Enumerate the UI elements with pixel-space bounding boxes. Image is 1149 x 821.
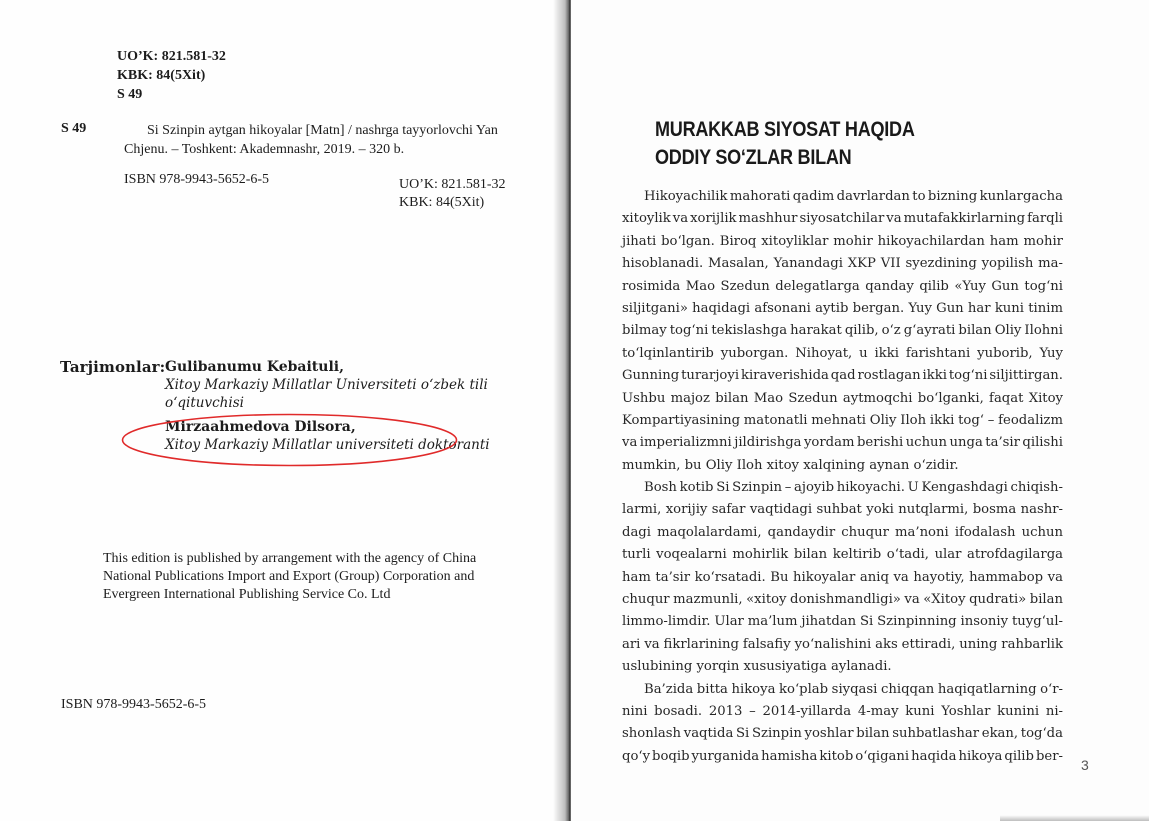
author-mark: S 49 xyxy=(117,85,226,104)
body-text-line: jihati bo‘lgan. Biroq xitoyliklar mohir … xyxy=(622,231,1063,253)
body-text-line: nini bosadi. 2013 – 2014-yillarda 4-may … xyxy=(622,701,1063,723)
catalog-udk: UO’K: 821.581-32 xyxy=(399,176,506,194)
catalog-bbk: KBK: 84(5Xit) xyxy=(399,194,506,212)
body-text-line: xitoylik va xorijlik mashhur siyosatchil… xyxy=(622,208,1063,230)
translator-name: Mirzaahmedova Dilsora, xyxy=(165,418,490,436)
translators-label: Tarjimonlar: xyxy=(60,358,165,376)
body-text-line: Hikoyachilik mahorati qadim davrlardan t… xyxy=(622,186,1063,208)
catalog-codes-right: UO’K: 821.581-32 KBK: 84(5Xit) xyxy=(399,176,506,212)
body-text-line: shonlash vaqtida Si Szinpin yoshlar bila… xyxy=(622,723,1063,745)
arrangement-note: This edition is published by arrangement… xyxy=(103,550,513,604)
bbk-code: KBK: 84(5Xit) xyxy=(117,66,226,85)
catalog-code: S 49 xyxy=(61,121,86,137)
body-text-line: to‘lqinlantirib yuborgan. Nihoyat, u ikk… xyxy=(622,343,1063,365)
chapter-title-line: MURAKKAB SIYOSAT HAQIDA xyxy=(655,116,915,144)
translator-affiliation: Xitoy Markaziy Millatlar Universiteti o‘… xyxy=(165,376,488,394)
isbn-bottom: ISBN 978-9943-5652-6-5 xyxy=(61,697,206,713)
body-text-line: mumkin, bu Oliy Iloh xitoy xalqining ayn… xyxy=(622,455,1063,477)
catalog-isbn: ISBN 978-9943-5652-6-5 xyxy=(124,172,269,188)
body-text-line: hisoblanadi. Masalan, Yanandagi XKP VII … xyxy=(622,253,1063,275)
body-text-line: Kompartiyasining matonatli mehnati Oliy … xyxy=(622,410,1063,432)
body-text-line: bilmay tog‘ni tekislashga harakat qilib,… xyxy=(622,320,1063,342)
chapter-title: MURAKKAB SIYOSAT HAQIDA ODDIY SO‘ZLAR BI… xyxy=(655,116,915,172)
body-text-line: turli voqealarni mohirlik bilan keltirib… xyxy=(622,544,1063,566)
translator-entry: Gulibanumu Kebaituli, Xitoy Markaziy Mil… xyxy=(165,358,488,412)
body-text-line: Ushbu majoz bilan Mao Szedun aytmoqchi b… xyxy=(622,388,1063,410)
catalog-entry: Si Szinpin aytgan hikoyalar [Matn] / nas… xyxy=(124,121,509,159)
body-text-line: Ba’zida bitta hikoya ko‘plab siyqasi chi… xyxy=(622,679,1063,701)
body-text-line: va imperializmni jildirishga yordam beri… xyxy=(622,432,1063,454)
body-text-line: uslubining yorqin xususiyatiga aylanadi. xyxy=(622,656,1063,678)
body-text-line: dagi maqolalardami, qandaydir chuqur ma’… xyxy=(622,522,1063,544)
translator-name: Gulibanumu Kebaituli, xyxy=(165,358,488,376)
translator-affiliation-cont: o‘qituvchisi xyxy=(165,394,488,412)
book-spine-gutter xyxy=(553,0,573,821)
body-text-line: ham ta’sir ko‘rsatadi. Bu hikoyalar aniq… xyxy=(622,567,1063,589)
body-text-line: Gunning turarjoyi kiraverishida qad rost… xyxy=(622,365,1063,387)
body-text-line: limmo-limdir. Ular ma’lum jihatdan Si Sz… xyxy=(622,611,1063,633)
page-number: 3 xyxy=(1081,757,1089,773)
page-edge-shadow xyxy=(1000,815,1149,821)
body-text-line: Bosh kotib Si Szinpin – ajoyib hikoyachi… xyxy=(622,477,1063,499)
udk-code: UO’K: 821.581-32 xyxy=(117,47,226,66)
body-text-line: ari va fikrlarining falsafiy yo‘nalishin… xyxy=(622,634,1063,656)
body-text-line: siljitgani» haqidagi afsonani aytib berg… xyxy=(622,298,1063,320)
body-text-line: rosimida Mao Szedun delegatlarga qanday … xyxy=(622,276,1063,298)
translator-entry-highlighted: Mirzaahmedova Dilsora, Xitoy Markaziy Mi… xyxy=(165,418,490,454)
left-page-imprint: UO’K: 821.581-32 KBK: 84(5Xit) S 49 S 49… xyxy=(0,0,557,821)
classification-codes: UO’K: 821.581-32 KBK: 84(5Xit) S 49 xyxy=(117,47,226,104)
body-text-line: qo‘y boqib yurganida hamisha kitob o‘qig… xyxy=(622,746,1063,768)
translator-affiliation: Xitoy Markaziy Millatlar universiteti do… xyxy=(165,436,490,454)
body-text-line: larmi, xorijiy safar vaqtidagi suhbat yo… xyxy=(622,499,1063,521)
chapter-title-line: ODDIY SO‘ZLAR BILAN xyxy=(655,144,915,172)
body-text-line: chuqur mazmunli, «xitoy donishmandligi» … xyxy=(622,589,1063,611)
chapter-body-text: Hikoyachilik mahorati qadim davrlardan t… xyxy=(622,186,1063,768)
